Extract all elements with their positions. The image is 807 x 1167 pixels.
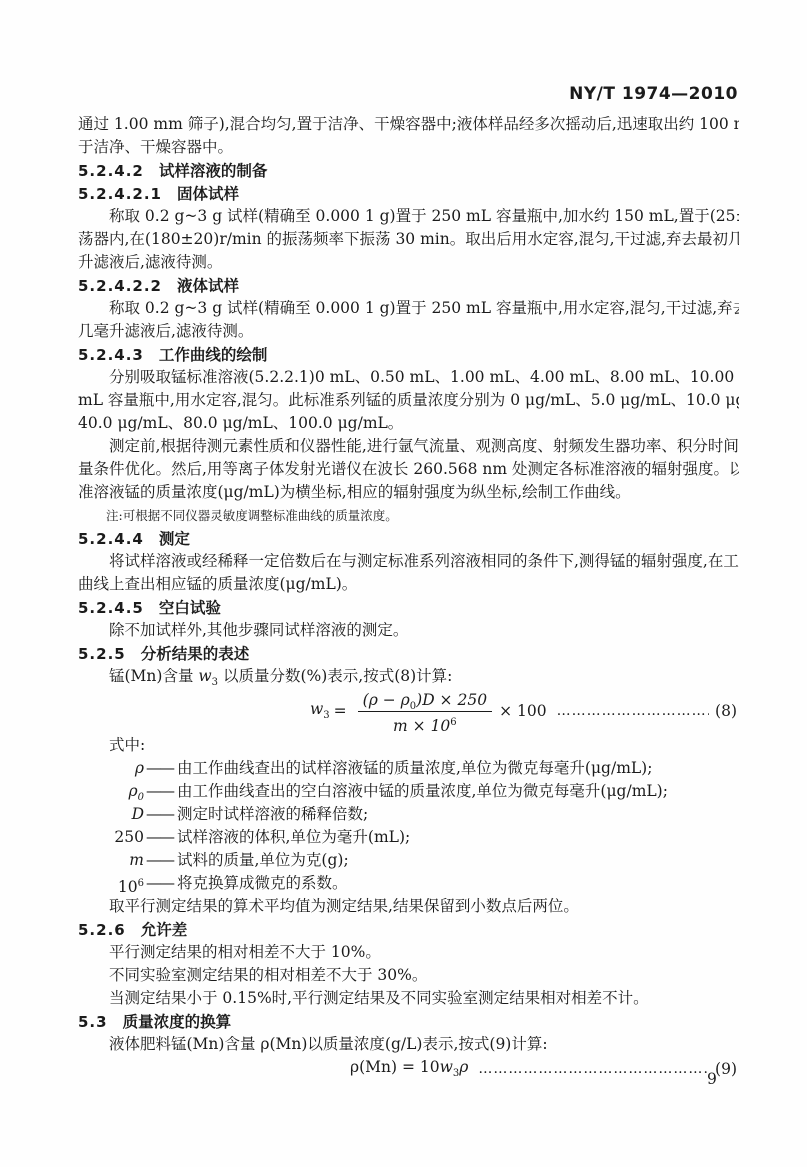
definition-dash: —— [146, 872, 173, 895]
paragraph-line: 曲线上查出相应锰的质量浓度(μg/mL)。 [78, 573, 739, 596]
paragraph-line: 准溶液锰的质量浓度(μg/mL)为横坐标,相应的辐射强度为纵坐标,绘制工作曲线。 [78, 481, 739, 504]
formula-lhs: w3 [310, 700, 330, 721]
paragraph-line: 称取 0.2 g~3 g 试样(精确至 0.000 1 g)置于 250 mL … [78, 205, 739, 228]
heading-5-2-6: 5.2.6允许差 [78, 918, 739, 941]
definition-symbol: m [78, 849, 144, 872]
heading-title: 固体试样 [177, 184, 239, 203]
definition-text: 试样溶液的体积,单位为毫升(mL); [177, 826, 739, 849]
paragraph-line: 荡器内,在(180±20)r/min 的振荡频率下振荡 30 min。取出后用水… [78, 228, 739, 251]
variable-w: w [198, 667, 211, 685]
numerator-pre: (ρ − ρ [363, 691, 410, 709]
definition-symbol: ρ0 [78, 780, 144, 803]
definition-dash: —— [146, 826, 173, 849]
document-content: 通过 1.00 mm 筛子),混合均匀,置于洁净、干燥容器中;液体样品经多次摇动… [78, 113, 739, 1082]
heading-number: 5.2.4.2 [78, 162, 144, 180]
paragraph-line: 不同实验室测定结果的相对相差不大于 30%。 [78, 964, 739, 987]
variable-subscript: 3 [323, 711, 329, 722]
definition-row-D: D——测定时试样溶液的稀释倍数; [78, 803, 739, 826]
denominator-base: m × 10 [393, 717, 450, 735]
heading-number: 5.3 [78, 1013, 108, 1031]
paragraph-line: mL 容量瓶中,用水定容,混匀。此标准系列锰的质量浓度分别为 0 μg/mL、5… [78, 389, 739, 412]
paragraph-line: 于洁净、干燥容器中。 [78, 136, 739, 159]
heading-5-3: 5.3质量浓度的换算 [78, 1010, 739, 1033]
paragraph-line: 当测定结果小于 0.15%时,平行测定结果及不同实验室测定结果相对相差不计。 [78, 987, 739, 1010]
variable-w: w [440, 1058, 453, 1076]
text-segment: 锰(Mn)含量 [109, 667, 198, 685]
definition-text: 试料的质量,单位为克(g); [177, 849, 739, 872]
formula-9: ρ(Mn) = 10w3ρ ……………………………………………………………………… [78, 1056, 739, 1082]
heading-title: 工作曲线的绘制 [159, 345, 268, 364]
heading-title: 测定 [159, 529, 190, 548]
text-segment: 以质量分数(%)表示,按式(8)计算: [218, 667, 452, 685]
heading-title: 空白试验 [159, 598, 221, 617]
heading-5-2-4-5: 5.2.4.5空白试验 [78, 596, 739, 619]
numerator-post: )D × 250 [416, 691, 487, 709]
variable-rho: ρ [459, 1058, 468, 1076]
paragraph-line: 40.0 μg/mL、80.0 μg/mL、100.0 μg/mL。 [78, 412, 739, 435]
fraction: (ρ − ρ0)D × 250 m × 106 [358, 690, 492, 733]
page-number: 9 [707, 1070, 717, 1088]
definition-dash: —— [146, 780, 173, 803]
standard-code: NY/T 1974—2010 [569, 84, 738, 104]
heading-number: 5.2.6 [78, 921, 126, 939]
paragraph-line: 液体肥料锰(Mn)含量 ρ(Mn)以质量浓度(g/L)表示,按式(9)计算: [78, 1033, 739, 1056]
heading-5-2-4-2-2: 5.2.4.2.2液体试样 [78, 274, 739, 297]
heading-number: 5.2.4.2.1 [78, 185, 162, 203]
paragraph-line: 将试样溶液或经稀释一定倍数后在与测定标准系列溶液相同的条件下,测得锰的辐射强度,… [78, 550, 739, 573]
heading-number: 5.2.4.4 [78, 530, 144, 548]
paragraph-line: 通过 1.00 mm 筛子),混合均匀,置于洁净、干燥容器中;液体样品经多次摇动… [78, 113, 739, 136]
definition-dash: —— [146, 849, 173, 872]
definition-symbol: 250 [78, 826, 144, 849]
variable-w: w [310, 700, 323, 718]
heading-title: 质量浓度的换算 [123, 1012, 232, 1031]
note-line: 注:可根据不同仪器灵敏度调整标准曲线的质量浓度。 [78, 504, 739, 527]
paragraph-line: 取平行测定结果的算术平均值为测定结果,结果保留到小数点后两位。 [78, 895, 739, 918]
definition-text: 由工作曲线查出的空白溶液中锰的质量浓度,单位为微克每毫升(μg/mL); [177, 780, 739, 803]
definition-row-m: m——试料的质量,单位为克(g); [78, 849, 739, 872]
formula-pre: ρ(Mn) = 10 [350, 1058, 440, 1076]
dot-leaders: …………………………………………………………………… [478, 1061, 709, 1077]
dot-leaders: …………………………………………………………………… [557, 703, 709, 719]
formula-number: (8) [715, 702, 737, 720]
heading-5-2-4-2: 5.2.4.2试样溶液的制备 [78, 159, 739, 182]
heading-number: 5.2.4.2.2 [78, 277, 162, 295]
fraction-numerator: (ρ − ρ0)D × 250 [358, 690, 492, 712]
paragraph-line: 锰(Mn)含量 w3 以质量分数(%)表示,按式(8)计算: [78, 665, 739, 688]
paragraph-line: 分别吸取锰标准溶液(5.2.2.1)0 mL、0.50 mL、1.00 mL、4… [78, 366, 739, 389]
definition-dash: —— [146, 757, 173, 780]
definition-symbol: ρ [78, 757, 144, 780]
heading-number: 5.2.4.5 [78, 599, 144, 617]
definition-text: 将克换算成微克的系数。 [177, 872, 739, 895]
denominator-exponent: 6 [450, 717, 456, 728]
paragraph-line: 几毫升滤液后,滤液待测。 [78, 320, 739, 343]
heading-5-2-4-4: 5.2.4.4测定 [78, 527, 739, 550]
formula-8: w3 = (ρ − ρ0)D × 250 m × 106 × 100 ……………… [78, 688, 739, 734]
paragraph-line: 升滤液后,滤液待测。 [78, 251, 739, 274]
heading-title: 分析结果的表述 [141, 644, 250, 663]
heading-number: 5.2.5 [78, 645, 126, 663]
heading-title: 允许差 [141, 920, 188, 939]
definition-symbol: D [78, 803, 144, 826]
heading-title: 试样溶液的制备 [159, 161, 268, 180]
heading-5-2-5: 5.2.5分析结果的表述 [78, 642, 739, 665]
paragraph-line: 称取 0.2 g~3 g 试样(精确至 0.000 1 g)置于 250 mL … [78, 297, 739, 320]
definition-symbol: 106 [78, 872, 144, 895]
definition-row-rho: ρ——由工作曲线查出的试样溶液锰的质量浓度,单位为微克每毫升(μg/mL); [78, 757, 739, 780]
where-label: 式中: [78, 734, 739, 757]
heading-5-2-4-2-1: 5.2.4.2.1固体试样 [78, 182, 739, 205]
definition-row-250: 250——试样溶液的体积,单位为毫升(mL); [78, 826, 739, 849]
formula-number: (9) [715, 1060, 737, 1078]
paragraph-line: 量条件优化。然后,用等离子体发射光谱仪在波长 260.568 nm 处测定各标准… [78, 458, 739, 481]
fraction-denominator: m × 106 [358, 712, 492, 733]
definition-row-1e6: 106——将克换算成微克的系数。 [78, 872, 739, 895]
heading-title: 液体试样 [177, 276, 239, 295]
equals-sign: = [334, 702, 347, 720]
formula-expression: ρ(Mn) = 10w3ρ [350, 1058, 468, 1079]
heading-number: 5.2.4.3 [78, 346, 144, 364]
formula-factor: × 100 [499, 702, 547, 720]
definition-dash: —— [146, 803, 173, 826]
document-page: NY/T 1974—2010 通过 1.00 mm 筛子),混合均匀,置于洁净、… [0, 0, 807, 1167]
definition-row-rho0: ρ0——由工作曲线查出的空白溶液中锰的质量浓度,单位为微克每毫升(μg/mL); [78, 780, 739, 803]
heading-5-2-4-3: 5.2.4.3工作曲线的绘制 [78, 343, 739, 366]
paragraph-line: 测定前,根据待测元素性质和仪器性能,进行氩气流量、观测高度、射频发生器功率、积分… [78, 435, 739, 458]
paragraph-line: 平行测定结果的相对相差不大于 10%。 [78, 941, 739, 964]
definition-text: 测定时试样溶液的稀释倍数; [177, 803, 739, 826]
paragraph-line: 除不加试样外,其他步骤同试样溶液的测定。 [78, 619, 739, 642]
definition-text: 由工作曲线查出的试样溶液锰的质量浓度,单位为微克每毫升(μg/mL); [177, 757, 739, 780]
